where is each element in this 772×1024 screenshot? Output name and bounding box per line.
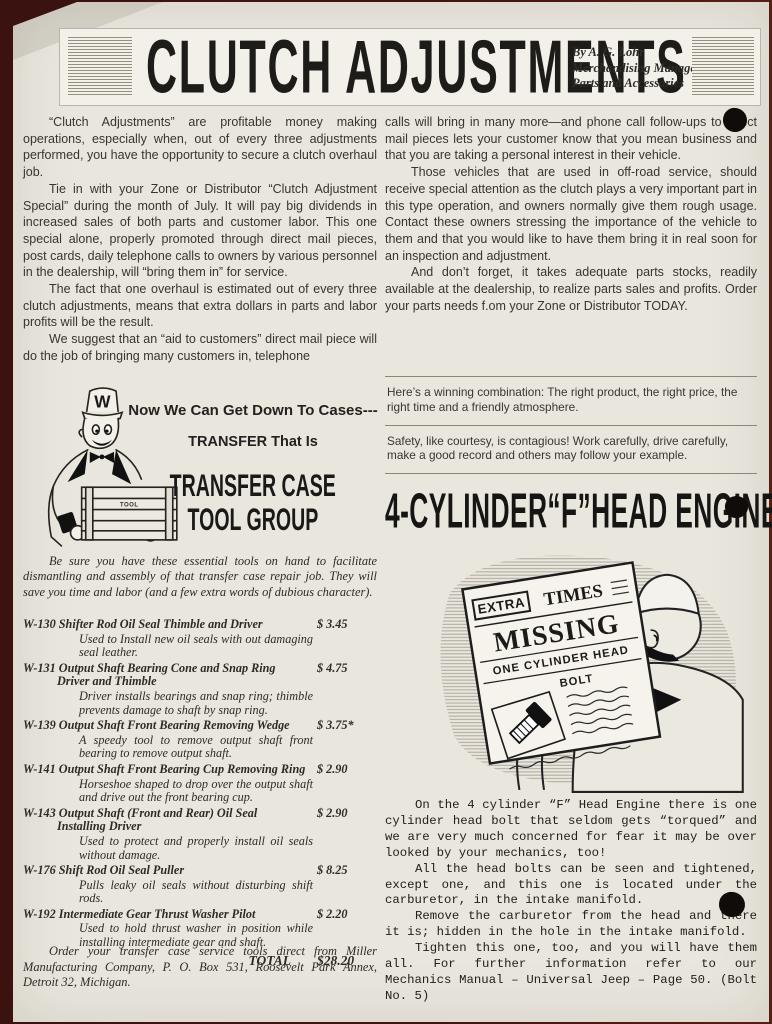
tip-winning-combination: Here’s a winning combination: The right … [385, 377, 757, 425]
tool-desc: Pulls leaky oil seals without disturbing… [79, 879, 313, 906]
transfer-section-head: W TOOL Now We Can Get Down To Cases--- T… [23, 384, 377, 552]
tool-item: W-139 Output Shaft Front Bearing Removin… [23, 719, 377, 761]
tool-price: $ 2.90 [317, 807, 377, 834]
paragraph: calls will bring in many more—and phone … [385, 114, 757, 164]
tip-safety: Safety, like courtesy, is contagious! Wo… [385, 426, 757, 474]
tool-desc: Driver installs bearings and snap ring; … [79, 690, 313, 717]
left-article: “Clutch Adjustments” are profitable mone… [23, 114, 377, 365]
tool-name: Shifter Rod Oil Seal Thimble and Driver [59, 617, 263, 631]
tool-name: Output Shaft Front Bearing Removing Wedg… [59, 718, 290, 732]
hatch-ornament-right [692, 37, 754, 97]
tool-item: W-141 Output Shaft Front Bearing Cup Rem… [23, 763, 377, 805]
paragraph: All the head bolts can be seen and tight… [385, 862, 757, 910]
order-note: Order your transfer case service tools d… [23, 944, 377, 991]
hatch-ornament-left [68, 37, 132, 97]
transfer-case-heading: TRANSFER CASE TOOL GROUP [127, 470, 379, 538]
heading-line2: TOOL GROUP [188, 499, 319, 540]
tool-code: W-130 [23, 617, 56, 631]
right-article: calls will bring in many more—and phone … [385, 114, 757, 314]
tool-price: $ 3.75* [317, 719, 377, 733]
tool-code: W-131 [23, 661, 56, 675]
tool-code: W-143 [23, 806, 56, 820]
paragraph: “Clutch Adjustments” are profitable mone… [23, 114, 377, 181]
paper-sheet: CLUTCH ADJUSTMENTS By A. G. Lohr Merchan… [13, 2, 769, 1022]
tool-code: W-139 [23, 718, 56, 732]
tool-desc: Used to protect and properly install oil… [79, 835, 313, 862]
paragraph: Tie in with your Zone or Distributor “Cl… [23, 181, 377, 281]
tool-desc: A speedy tool to remove output shaft fro… [79, 734, 313, 761]
engine-headline: 4-CYLINDER“F”HEAD ENGINE [385, 483, 772, 540]
paragraph: The fact that one overhaul is estimated … [23, 281, 377, 331]
tool-item: W-131 Output Shaft Bearing Cone and Snap… [23, 662, 377, 717]
mascot-cap-letter: W [94, 391, 111, 411]
paragraph: Tighten this one, too, and you will have… [385, 941, 757, 1005]
paragraph: And don’t forget, it takes adequate part… [385, 264, 757, 314]
tool-price: $ 2.20 [317, 908, 377, 922]
tool-price: $ 8.25 [317, 864, 377, 878]
transfer-headings: Now We Can Get Down To Cases--- TRANSFER… [127, 384, 379, 538]
header-banner: CLUTCH ADJUSTMENTS By A. G. Lohr Merchan… [59, 28, 761, 106]
divider [385, 473, 757, 474]
tool-price: $ 4.75 [317, 662, 377, 689]
tool-item: W-130 Shifter Rod Oil Seal Thimble and D… [23, 618, 377, 660]
engine-article: On the 4 cylinder “F” Head Engine there … [385, 798, 757, 1005]
tool-name: Output Shaft Bearing Cone and Snap Ring … [57, 661, 276, 689]
tool-price: $ 2.90 [317, 763, 377, 777]
corner-fold [13, 2, 77, 26]
tool-list: W-130 Shifter Rod Oil Seal Thimble and D… [23, 618, 377, 967]
tool-item: W-176 Shift Rod Oil Seal Puller $ 8.25 P… [23, 864, 377, 906]
scanned-newsletter-page: CLUTCH ADJUSTMENTS By A. G. Lohr Merchan… [0, 0, 772, 1024]
tool-desc: Horseshoe shaped to drop over the output… [79, 778, 313, 805]
tool-name: Intermediate Gear Thrust Washer Pilot [59, 907, 256, 921]
tool-name: Shift Rod Oil Seal Puller [59, 863, 184, 877]
tips-block: Here’s a winning combination: The right … [385, 376, 757, 474]
tool-name: Output Shaft Front Bearing Cup Removing … [59, 762, 306, 776]
newspaper: EXTRA TIMES MISSING ONE CYLINDER HEAD BO… [462, 563, 661, 774]
tool-price: $ 3.45 [317, 618, 377, 632]
tool-desc: Used to Install new oil seals with out d… [79, 633, 313, 660]
transfer-kicker-line1: Now We Can Get Down To Cases--- [127, 402, 379, 419]
engine-headline-wrap: 4-CYLINDER“F”HEAD ENGINE [385, 488, 757, 534]
paragraph: We suggest that an “aid to customers” di… [23, 331, 377, 364]
tool-code: W-192 [23, 907, 56, 921]
tools-intro: Be sure you have these essential tools o… [23, 554, 377, 600]
transfer-kicker-line2: TRANSFER That Is [127, 434, 379, 450]
tool-code: W-176 [23, 863, 56, 877]
tool-name: Output Shaft (Front and Rear) Oil Seal I… [57, 806, 257, 834]
paragraph: Those vehicles that are used in off-road… [385, 164, 757, 264]
tool-item: W-143 Output Shaft (Front and Rear) Oil … [23, 807, 377, 862]
newspaper-reader-illustration: EXTRA TIMES MISSING ONE CYLINDER HEAD BO… [421, 544, 751, 794]
tool-code: W-141 [23, 762, 56, 776]
paragraph: Remove the carburetor from the head and … [385, 909, 757, 941]
paragraph: On the 4 cylinder “F” Head Engine there … [385, 798, 757, 862]
